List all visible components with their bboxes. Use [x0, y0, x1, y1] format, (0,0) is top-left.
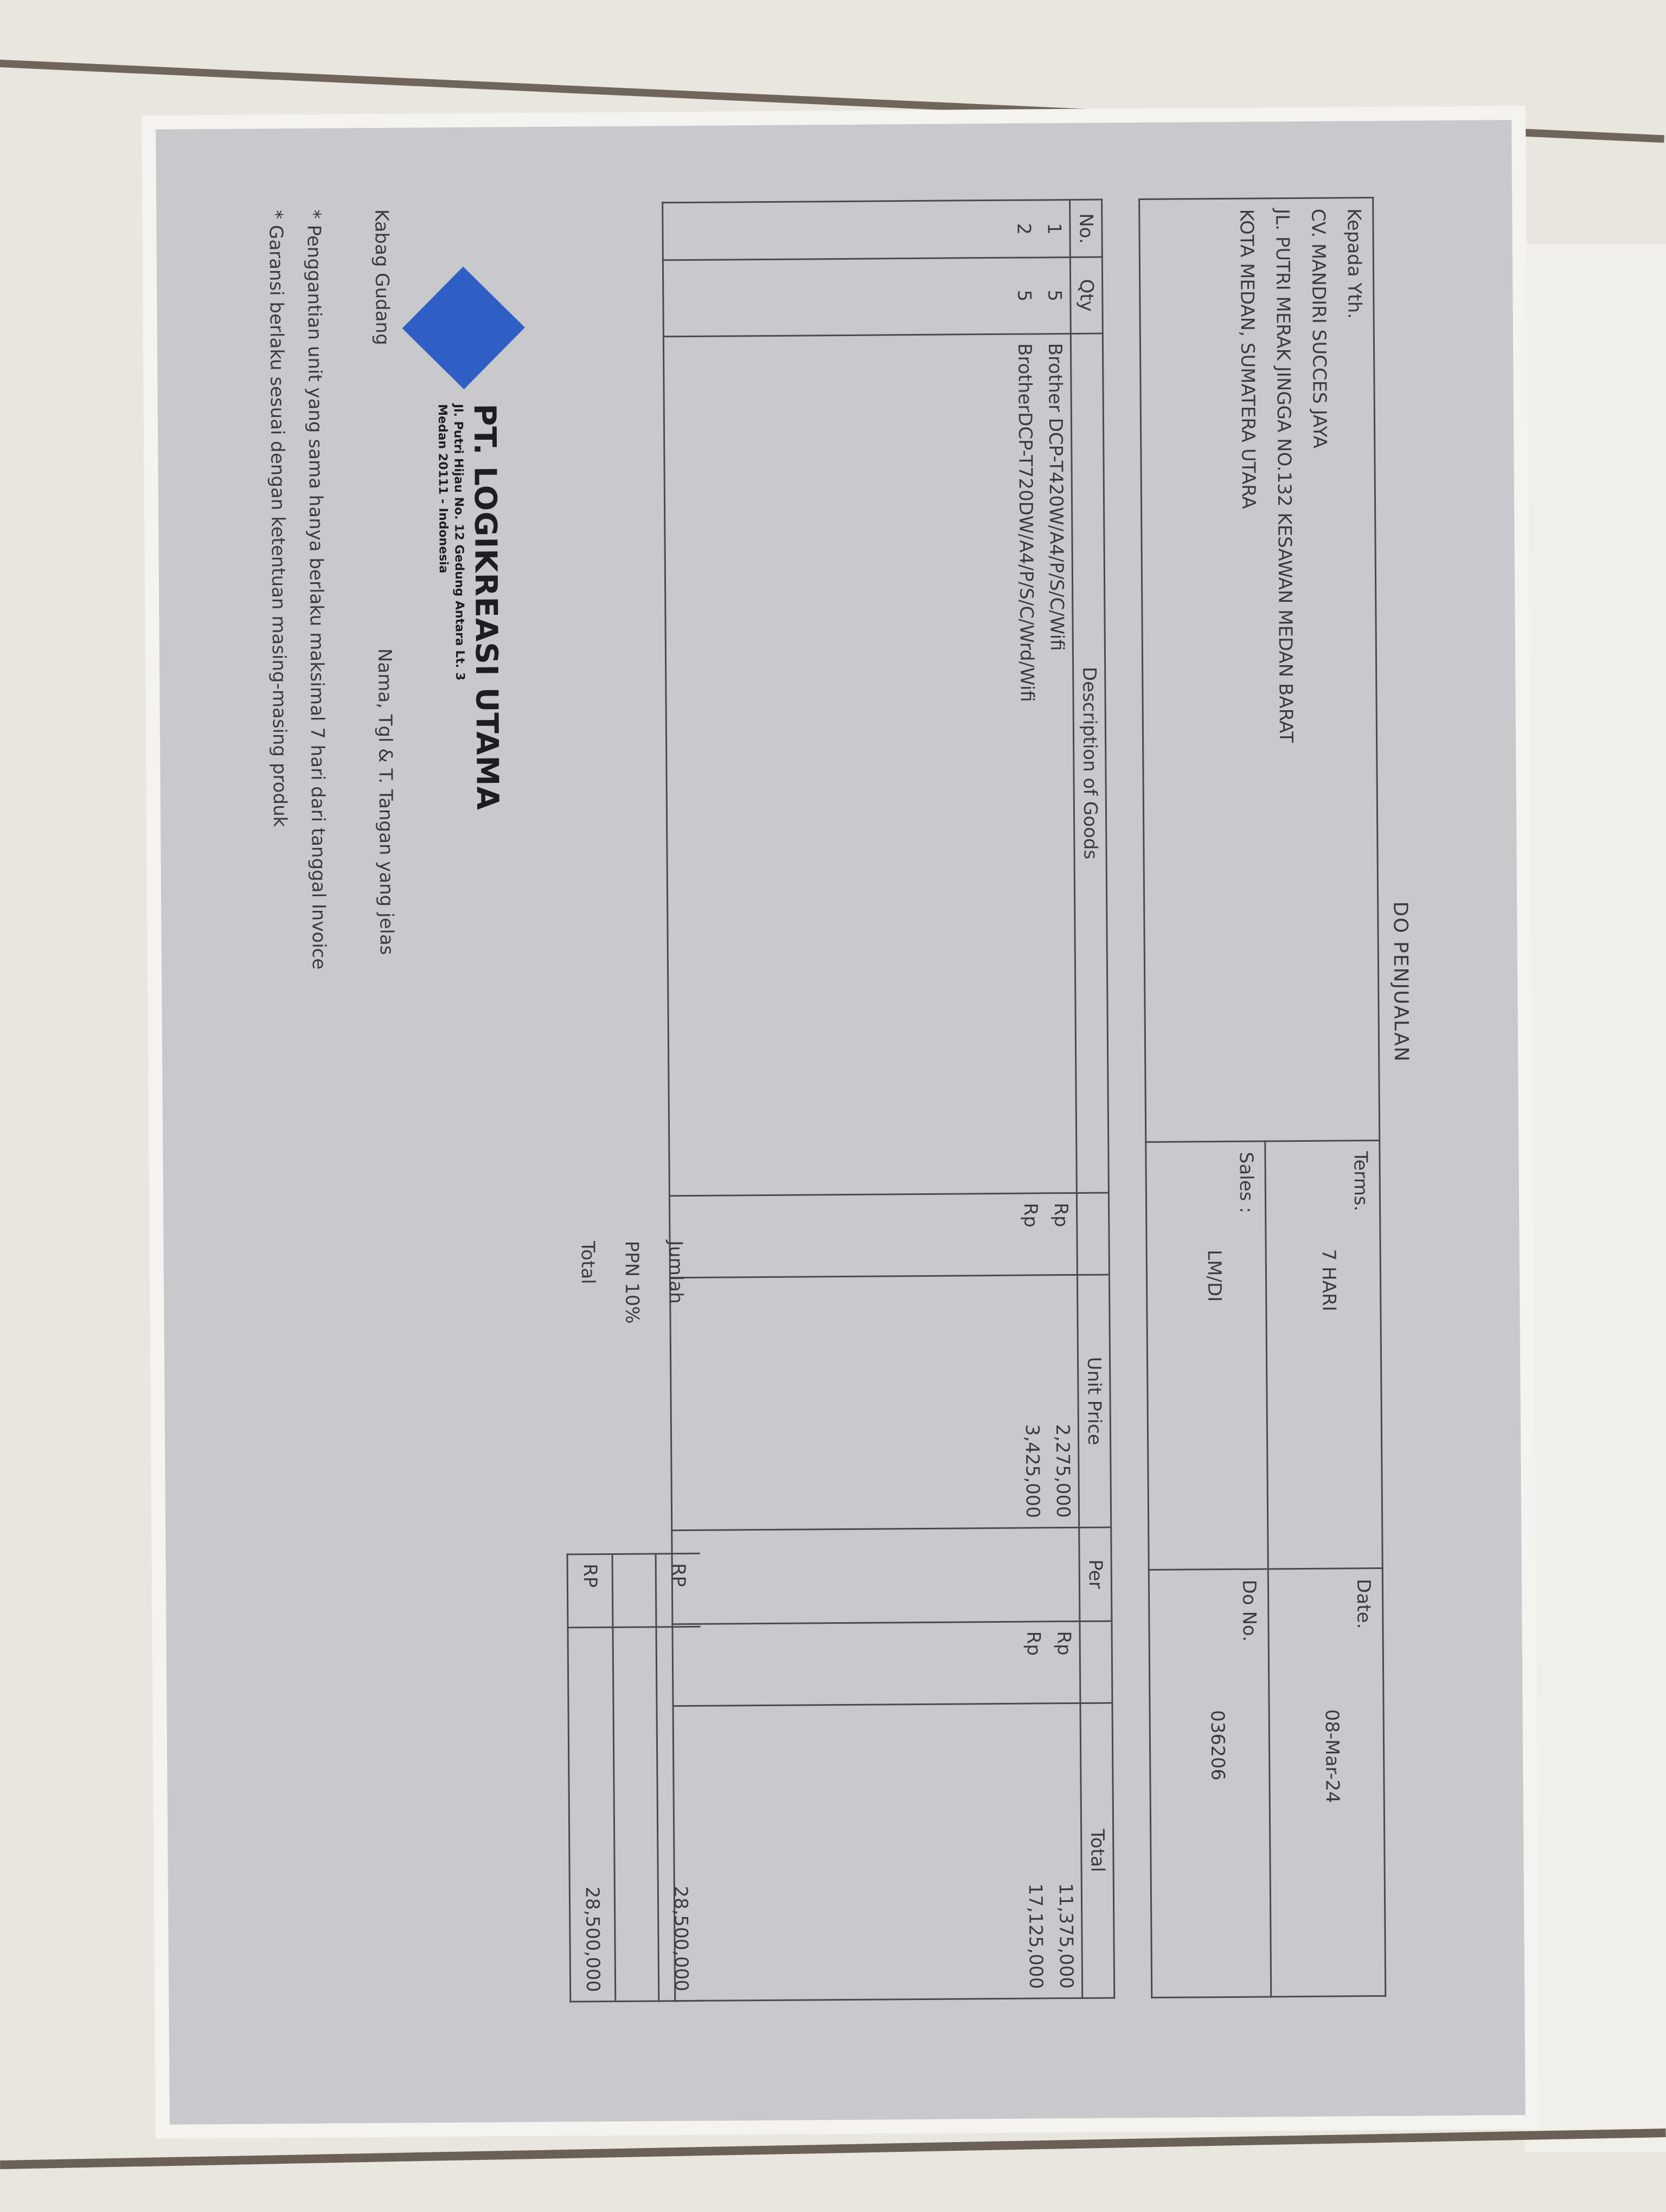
row-per — [1017, 1527, 1048, 1622]
ppn-currency — [612, 1554, 656, 1628]
ppn-label: PPN 10% — [610, 1232, 656, 1554]
delivery-order-paper: DO PENJUALAN Kepada Yth. CV. MANDIRI SUC… — [156, 120, 1526, 2124]
logo-diamond-shape — [402, 267, 525, 389]
row-qty: 5 — [1039, 258, 1071, 333]
notes-list: * Penggantian unit yang sama hanya berla… — [257, 209, 338, 970]
date-value: 08-Mar-24 — [1321, 1709, 1345, 1986]
row-qty: 5 — [1009, 258, 1040, 333]
company-address-2: Medan 20111 - Indonesia — [435, 404, 452, 811]
recipient-block: Kepada Yth. CV. MANDIRI SUCCES JAYA JL. … — [1139, 198, 1380, 1142]
company-stamp: PT. LOGIKREASI UTAMA Jl. Putri Hijau No.… — [435, 403, 505, 811]
terms-value: 7 HARI — [1318, 1249, 1342, 1558]
row-unit-price: 3,425,000 — [1016, 1275, 1048, 1527]
tile-surface — [1525, 244, 1666, 2152]
row-total: 11,375,000 — [1049, 1703, 1082, 1998]
jumlah-value: 28,500,000 — [656, 1626, 703, 2001]
jumlah-label: Jumlah — [653, 1232, 700, 1554]
items-table: No. Qty Description of Goods Unit Price … — [662, 199, 1115, 2002]
col-qty: Qty — [1070, 258, 1103, 333]
col-no: No. — [1070, 200, 1103, 258]
recipient-address-2: KOTA MEDAN, SUMATERA UTARA — [1235, 209, 1264, 1131]
row-currency: Rp — [1046, 1193, 1078, 1276]
total-value: 28,500,000 — [568, 1627, 616, 2002]
total-label: Total — [565, 1232, 612, 1554]
signature-role: Kabag Gudang — [370, 209, 393, 345]
table-empty-space — [663, 200, 1021, 2001]
recipient-name: CV. MANDIRI SUCCES JAYA — [1307, 209, 1335, 1130]
row-per — [1048, 1527, 1080, 1622]
jumlah-row: Jumlah RP 28,500,000 — [653, 1232, 703, 2001]
tile-grout-bottom — [0, 2129, 1666, 2169]
date-cell: Date. 08-Mar-24 — [1268, 1568, 1386, 1997]
row-currency-2: Rp — [1048, 1622, 1080, 1704]
note-item: * Garansi berlaku sesuai dengan ketentua… — [257, 210, 300, 970]
row-description: BrotherDCP-T720DW/A4/P/S/C/Wrd/Wifi — [1009, 333, 1046, 1193]
total-currency: RP — [567, 1554, 613, 1628]
row-total: 17,125,000 — [1018, 1703, 1051, 1998]
signature-instruction: Nama, Tgl & T. Tangan yang jelas — [374, 648, 398, 955]
col-currency-2 — [1080, 1621, 1112, 1703]
sales-label: Sales : — [1235, 1152, 1259, 1559]
ppn-row: PPN 10% — [610, 1232, 659, 2001]
note-item: * Penggantian unit yang sama hanya berla… — [294, 209, 338, 969]
sales-cell: Sales : LM/DI — [1146, 1141, 1268, 1570]
date-label: Date. — [1353, 1579, 1377, 1985]
row-no: 1 — [1039, 200, 1070, 258]
ppn-value — [613, 1627, 659, 2002]
recipient-address-1: JL. PUTRI MERAK JINGGA NO.132 KESAWAN ME… — [1271, 209, 1299, 1130]
delivery-order-document: DO PENJUALAN Kepada Yth. CV. MANDIRI SUC… — [251, 197, 1430, 2048]
row-description: Brother DCP-T420W/A4/P/S/C/Wifi — [1040, 333, 1077, 1193]
totals-table: Jumlah RP 28,500,000 PPN 10% Total RP 28… — [564, 1232, 703, 2003]
row-currency-2: Rp — [1018, 1622, 1049, 1704]
recipient-label: Kepada Yth. — [1343, 208, 1371, 1130]
row-no: 2 — [1008, 200, 1039, 258]
terms-cell: Terms. 7 HARI — [1265, 1141, 1383, 1569]
header-table: Kepada Yth. CV. MANDIRI SUCCES JAYA JL. … — [1138, 197, 1386, 1998]
row-unit-price: 2,275,000 — [1046, 1275, 1079, 1527]
document-title: DO PENJUALAN — [1389, 902, 1412, 1063]
terms-label: Terms. — [1349, 1151, 1374, 1558]
do-no-value: 036206 — [1207, 1710, 1231, 1986]
jumlah-currency: RP — [656, 1553, 700, 1627]
col-currency — [1077, 1193, 1109, 1275]
col-unit-price: Unit Price — [1077, 1275, 1111, 1527]
row-currency: Rp — [1015, 1193, 1046, 1276]
do-no-cell: Do No. 036206 — [1149, 1569, 1271, 1998]
total-row: Total RP 28,500,000 — [565, 1232, 616, 2002]
company-logo-icon — [403, 268, 518, 393]
company-name: PT. LOGIKREASI UTAMA — [467, 403, 505, 811]
col-total: Total — [1080, 1703, 1114, 1998]
col-per: Per — [1079, 1527, 1112, 1622]
company-address-1: Jl. Putri Hijau No. 12 Gedung Antara Lt.… — [451, 404, 467, 811]
sales-value: LM/DI — [1203, 1250, 1227, 1559]
col-description: Description of Goods — [1071, 333, 1108, 1193]
do-no-label: Do No. — [1238, 1580, 1263, 1986]
